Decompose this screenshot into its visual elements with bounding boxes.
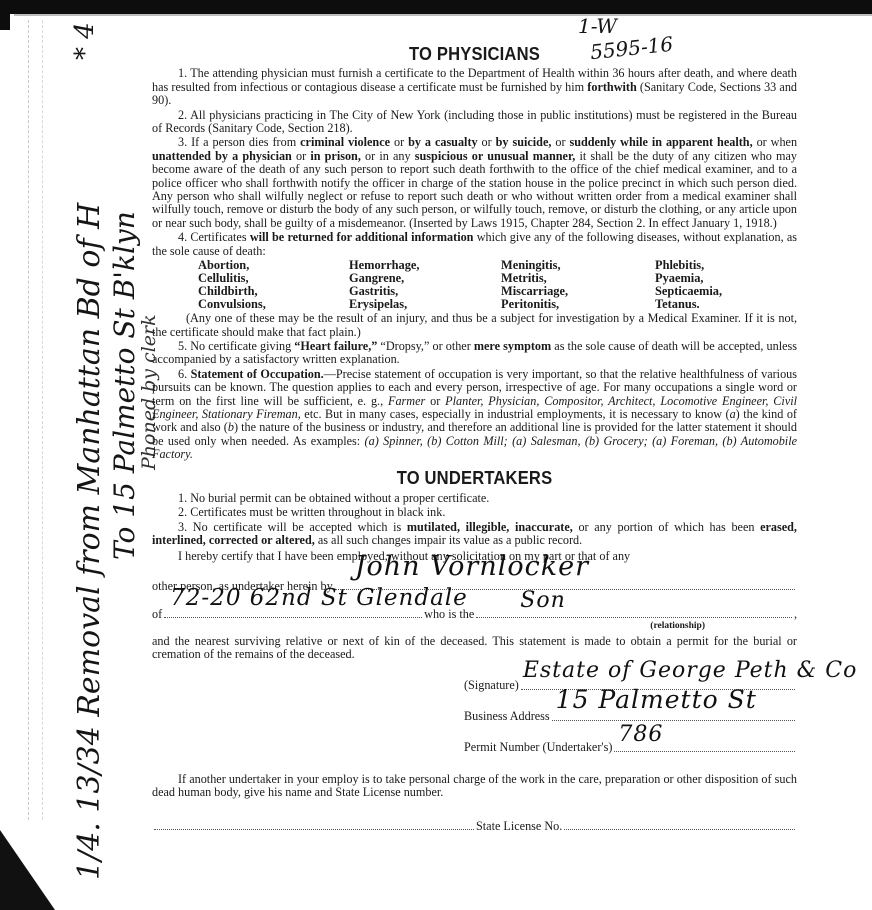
address-field[interactable]: 72-20 62nd St Glendale <box>164 616 422 618</box>
relationship-value: Son <box>520 594 566 607</box>
disease-item: Convulsions, <box>198 298 349 311</box>
state-license-field[interactable] <box>564 828 795 830</box>
handwritten-margin-note-removal: 1/4. 13/34 Removal from Manhattan Bd of … <box>72 203 107 880</box>
undertakers-item-1: 1. No burial permit can be obtained with… <box>152 492 797 505</box>
business-address-field[interactable]: Business Address 15 Palmetto St <box>464 704 797 724</box>
of-label: of <box>152 608 162 621</box>
undertaker-signature-block: (Signature) Estate of George Peth & Co B… <box>464 673 797 755</box>
business-address-value: 15 Palmetto St <box>556 693 757 706</box>
undertakers-item-3: 3. No certificate will be accepted which… <box>152 521 797 548</box>
disease-item: Tetanus. <box>655 298 795 311</box>
address-relationship-row: of 72-20 62nd St Glendale who is the Son… <box>152 601 797 621</box>
state-license-row: State License No. <box>152 820 797 833</box>
binding-line <box>42 20 44 820</box>
binding-line <box>28 20 30 820</box>
disease-note: (Any one of these may be the result of a… <box>152 312 797 339</box>
scan-top-border <box>0 0 872 14</box>
handwritten-file-code: 1-W <box>578 14 617 38</box>
permit-number-value: 786 <box>618 728 663 741</box>
state-license-label: State License No. <box>476 820 562 833</box>
disease-item: Erysipelas, <box>349 298 501 311</box>
handwritten-margin-mark: * 4 <box>70 22 100 60</box>
relationship-field[interactable]: Son <box>476 616 792 618</box>
employed-by-value: John Vornlocker <box>355 560 589 573</box>
handwritten-margin-note-address: To 15 Palmetto St B'klyn <box>108 211 141 560</box>
physicians-item-5: 5. No certificate giving “Heart failure,… <box>152 340 797 367</box>
another-undertaker-note: If another undertaker in your employ is … <box>152 773 797 800</box>
physicians-item-4: 4. Certificates will be returned for add… <box>152 231 797 258</box>
physicians-item-3: 3. If a person dies from criminal violen… <box>152 136 797 230</box>
permit-number-field[interactable]: Permit Number (Undertaker's) 786 <box>464 735 797 755</box>
disease-list: Abortion,Hemorrhage,Meningitis,Phlebitis… <box>152 259 797 311</box>
signature-label: (Signature) <box>464 679 519 692</box>
disease-item: Peritonitis, <box>501 298 655 311</box>
paper-edge <box>14 14 872 16</box>
physicians-item-2: 2. All physicians practicing in The City… <box>152 109 797 136</box>
business-address-label: Business Address <box>464 710 550 723</box>
undertakers-rules: 1. No burial permit can be obtained with… <box>152 492 797 548</box>
relationship-caption: (relationship) <box>152 620 797 631</box>
undertakers-item-2: 2. Certificates must be written througho… <box>152 506 797 519</box>
substitute-undertaker-name-field[interactable] <box>154 828 474 830</box>
permit-number-label: Permit Number (Undertaker's) <box>464 741 612 754</box>
address-value: 72-20 62nd St Glendale <box>170 592 468 605</box>
physicians-item-6: 6. Statement of Occupation.—Precise stat… <box>152 368 797 462</box>
page-corner-shadow <box>0 830 55 910</box>
certificate-reverse-page: TO PHYSICIANS 1. The attending physician… <box>152 40 797 833</box>
signature-value: Estate of George Peth & Co <box>523 664 857 677</box>
scan-left-border <box>0 0 10 30</box>
undertakers-heading: TO UNDERTAKERS <box>178 472 771 485</box>
physicians-heading: TO PHYSICIANS <box>178 48 771 61</box>
physicians-item-1: 1. The attending physician must furnish … <box>152 67 797 107</box>
